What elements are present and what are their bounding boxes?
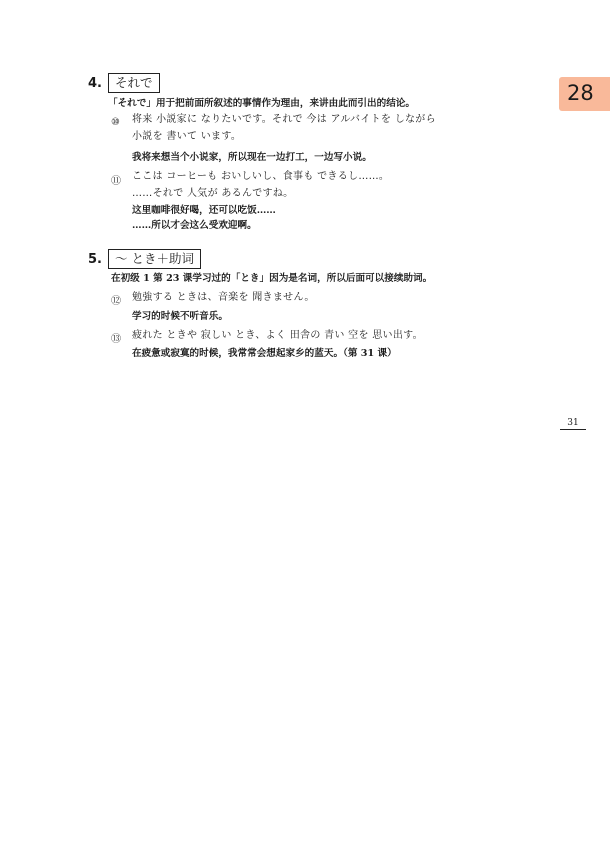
chapter-number: 28: [567, 81, 594, 105]
section-number: 5.: [88, 252, 108, 267]
example-marker: ⑩: [111, 117, 120, 128]
page-number: 31: [560, 418, 586, 430]
section-4-heading: 4. それで: [88, 73, 160, 93]
example-zh-line: 我将来想当个小说家，所以现在一边打工，一边写小说。: [132, 151, 372, 165]
section-5-heading: 5. ～ とき＋助词: [88, 249, 201, 269]
example-zh-line: ……所以才会这么受欢迎啊。: [132, 219, 257, 233]
example-jp-line: 将来 小説家に なりたいです。それで 今は アルバイトを しながら: [132, 113, 436, 127]
example-marker: ⑬: [111, 330, 121, 345]
example-jp-line: 勉強する ときは、音楽を 聞きません。: [132, 291, 315, 305]
section-description: 在初级 1 第 23 课学习过的「とき」因为是名词，所以后面可以接续助词。: [111, 272, 432, 286]
section-number: 4.: [88, 76, 108, 91]
section-title-box: ～ とき＋助词: [108, 249, 201, 269]
example-jp-line: 小説を 書いて います。: [132, 130, 241, 144]
example-jp-line: ……それで 人気が あるんですね。: [132, 187, 293, 201]
example-marker: ⑫: [111, 292, 121, 307]
section-title-box: それで: [108, 73, 160, 93]
example-zh-line: 学习的时候不听音乐。: [132, 310, 228, 324]
section-description: 「それで」用于把前面所叙述的事情作为理由，来讲由此而引出的结论。: [108, 97, 415, 111]
example-zh-line: 在疲惫或寂寞的时候，我常常会想起家乡的蓝天。（第 31 课）: [132, 347, 397, 361]
example-jp-line: 疲れた ときや 寂しい とき、よく 田舎の 青い 空を 思い出す。: [132, 329, 423, 343]
example-jp-line: ここは コーヒーも おいしいし、食事も できるし……。: [132, 170, 389, 184]
example-marker: ⑪: [111, 172, 121, 187]
chapter-tab: 28: [559, 77, 610, 111]
example-zh-line: 这里咖啡很好喝，还可以吃饭……: [132, 204, 276, 218]
